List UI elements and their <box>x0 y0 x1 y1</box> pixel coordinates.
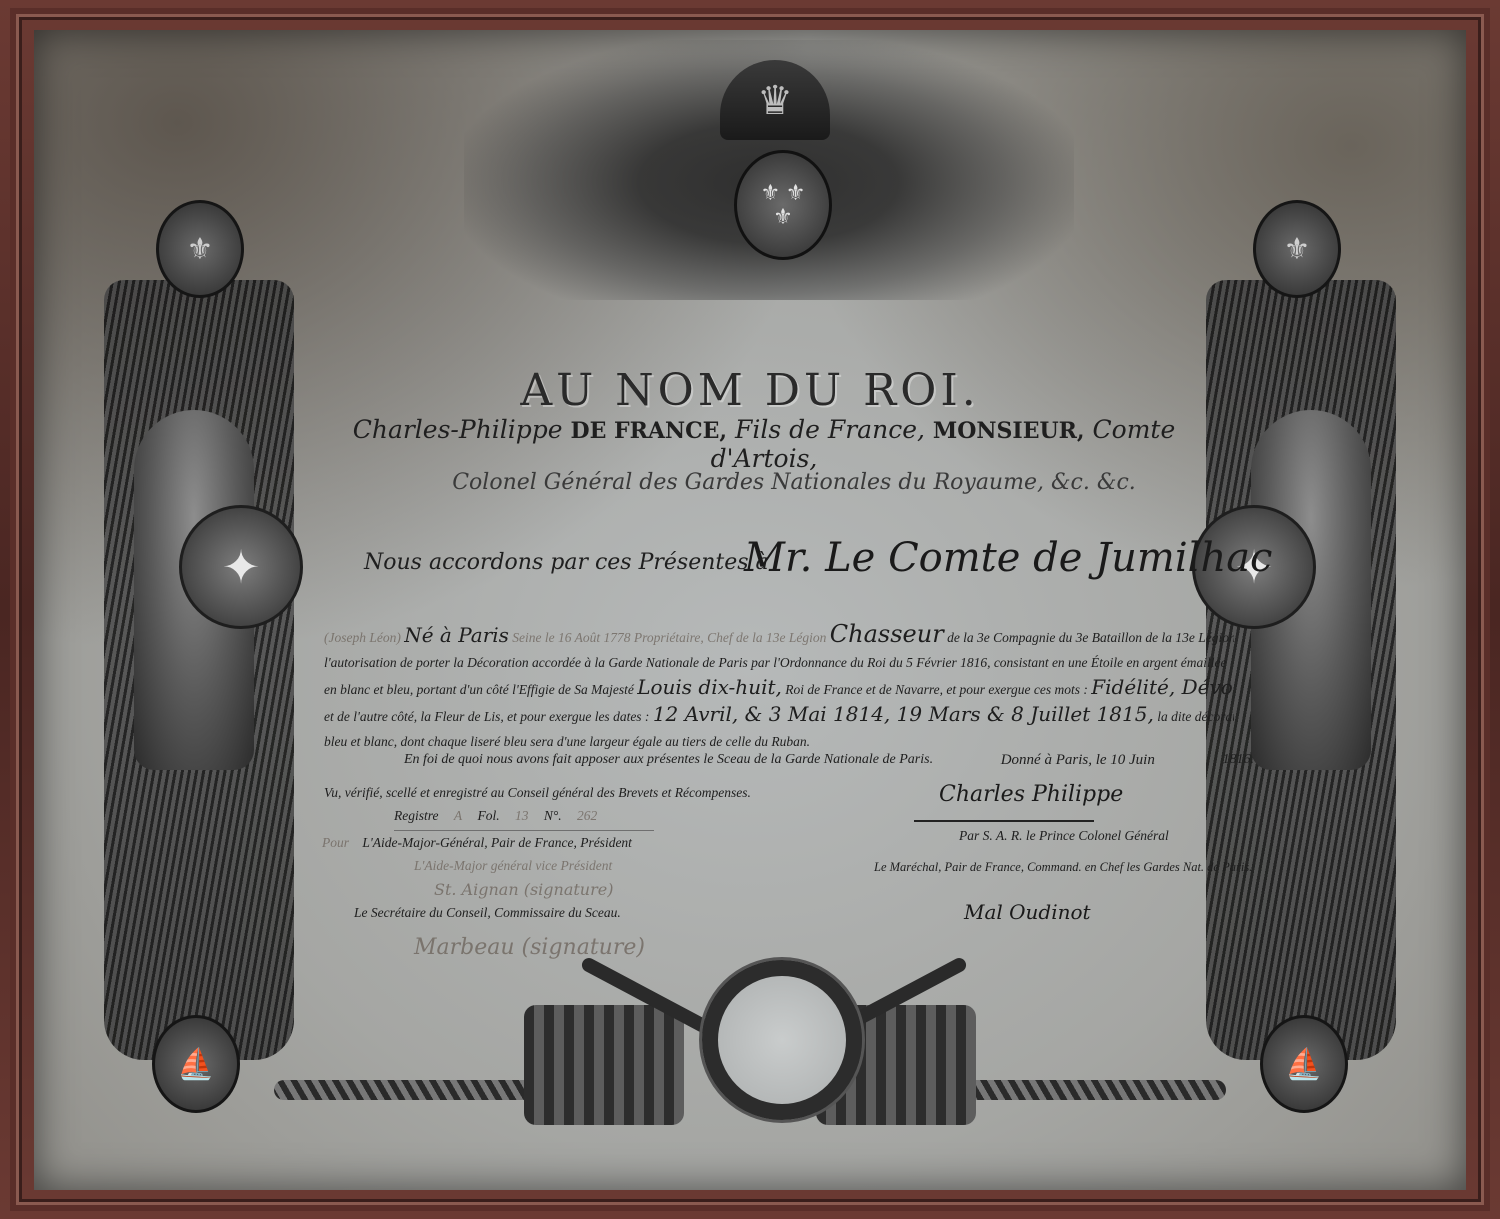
body-line-2: l'autorisation de porter la Décoration a… <box>324 650 1234 675</box>
given-year: 1816. <box>1222 752 1254 769</box>
marshal-caption: Le Maréchal, Pair de France, Command. en… <box>874 860 1252 875</box>
marshal-signature: Mal Oudinot <box>964 900 1091 924</box>
left-drum-icon <box>524 1005 684 1125</box>
body-line-1: (Joseph Léon) Né à Paris Seine le 16 Aoû… <box>324 622 1234 650</box>
fleur-de-lis-arms-icon: ⚜ ⚜⚜ <box>734 150 832 260</box>
grant-intro: Nous accordons par ces Présentes à <box>364 550 769 575</box>
seal-clause-line: En foi de quoi nous avons fait apposer a… <box>404 752 1254 769</box>
issuer-line: Charles-Philippe DE FRANCE, Fils de Fran… <box>304 415 1224 473</box>
aide-major-line: Pour L'Aide-Major-Général, Pair de Franc… <box>322 835 632 851</box>
bottom-right-ship-medallion-icon: ⛵ <box>1260 1015 1348 1113</box>
register-underline <box>394 830 654 831</box>
issuer-filiation: Fils de France, <box>735 415 925 444</box>
body-line-3: en blanc et bleu, portant d'un côté l'Ef… <box>324 675 1234 702</box>
document-title: AU NOM DU ROI. <box>34 365 1466 416</box>
certificate-paper: ♛ ⚜ ⚜⚜ ✦ ✦ ⚜ ⚜ ⛵ ⛵ AU NOM DU ROI. Charle… <box>34 30 1466 1190</box>
register-reference: Registre A Fol. 13 N°. 262 <box>394 808 609 824</box>
bottom-left-ship-medallion-icon: ⛵ <box>152 1015 240 1113</box>
issuer-style: MONSIEUR, <box>933 418 1085 444</box>
certificate-body: (Joseph Léon) Né à Paris Seine le 16 Aoû… <box>324 622 1234 754</box>
left-rope-border <box>274 1080 564 1100</box>
prince-caption: Par S. A. R. le Prince Colonel Général <box>959 828 1169 844</box>
body-line-4: et de l'autre côté, la Fleur de Lis, et … <box>324 702 1234 729</box>
seal-wreath <box>702 960 862 1120</box>
registration-statement: Vu, vérifié, scellé et enregistré au Con… <box>324 785 751 801</box>
aide-major-signature: St. Aignan (signature) <box>434 880 613 899</box>
aide-major-handwritten: L'Aide-Major général vice Président <box>414 858 612 874</box>
recipient-name: Mr. Le Comte de Jumilhac <box>744 535 1272 581</box>
given-date: Donné à Paris, le 10 Juin <box>1001 752 1155 769</box>
issuer-house: DE FRANCE, <box>571 418 728 444</box>
top-right-medallion-icon: ⚜ <box>1253 200 1341 298</box>
prince-signature: Charles Philippe <box>939 782 1123 807</box>
prince-signature-flourish <box>914 820 1094 822</box>
issuer-name: Charles-Philippe <box>353 415 563 444</box>
body-line-5: bleu et blanc, dont chaque liseré bleu s… <box>324 729 1234 754</box>
left-shield-star-icon: ✦ <box>179 505 303 629</box>
seal-clause: En foi de quoi nous avons fait apposer a… <box>404 752 933 769</box>
top-left-medallion-icon: ⚜ <box>156 200 244 298</box>
right-rope-border <box>936 1080 1226 1100</box>
secretary-caption: Le Secrétaire du Conseil, Commissaire du… <box>354 905 621 921</box>
secretary-signature: Marbeau (signature) <box>414 935 645 960</box>
issuer-title: Colonel Général des Gardes Nationales du… <box>394 470 1194 495</box>
